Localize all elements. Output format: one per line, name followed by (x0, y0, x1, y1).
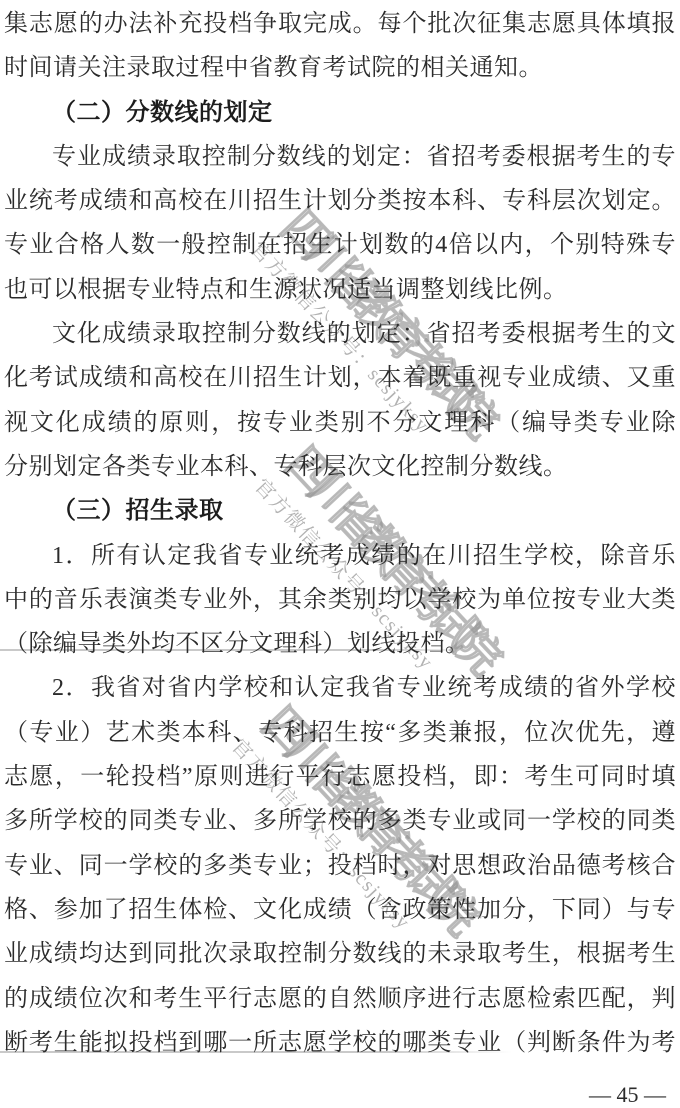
text-line: 业统考成绩和高校在川招生计划分类按本科、专科层次划定。 (4, 179, 676, 223)
text-line: 格、参加了招生体检、文化成绩（含政策性加分，下同）与专 (4, 888, 676, 932)
section-heading: （二）分数线的划定 (4, 91, 676, 135)
document-page: 四川省教育考试院 官方微信公众号：scsjyksy 四川省教育考试院 官方微信公… (0, 0, 680, 1108)
text-line: 化考试成绩和高校在川招生计划，本着既重视专业成绩、又重 (4, 356, 676, 400)
text-line: 也可以根据专业特点和生源状况适当调整划线比例。 (4, 268, 676, 312)
page-number: — 45 — (589, 1082, 666, 1107)
text-line: 业成绩均达到同批次录取控制分数线的未录取考生，根据考生 (4, 932, 676, 976)
text-line: 的成绩位次和考生平行志愿的自然顺序进行志愿检索匹配，判 (4, 977, 676, 1021)
text-line: 1．所有认定我省专业统考成绩的在川招生学校，除音乐类 (4, 534, 676, 578)
text-line: 分别划定各类专业本科、专科层次文化控制分数线。 (4, 445, 676, 489)
text-line: 时间请关注录取过程中省教育考试院的相关通知。 (4, 46, 676, 90)
section-heading: （三）招生录取 (4, 489, 676, 533)
text-line: 集志愿的办法补充投档争取完成。每个批次征集志愿具体填报 (4, 2, 676, 46)
text-line: 断考生能拟投档到哪一所志愿学校的哪类专业（判断条件为考 (4, 1021, 676, 1065)
document-text: 集志愿的办法补充投档争取完成。每个批次征集志愿具体填报 时间请关注录取过程中省教… (4, 2, 676, 1065)
text-line: 专业成绩录取控制分数线的划定：省招考委根据考生的专 (4, 135, 676, 179)
text-line: （专业）艺术类本科、专科招生按“多类兼报，位次优先，遵循 (4, 711, 676, 755)
text-line: 2．我省对省内学校和认定我省专业统考成绩的省外学校 (4, 666, 676, 710)
text-line: 视文化成绩的原则，按专业类别不分文理科（编导类专业除外） (4, 401, 676, 445)
text-line: 多所学校的同类专业、多所学校的多类专业或同一学校的同类 (4, 799, 676, 843)
text-line: 中的音乐表演类专业外，其余类别均以学校为单位按专业大类 (4, 578, 676, 622)
text-line: （除编导类外均不区分文理科）划线投档。 (4, 622, 676, 666)
text-line: 专业、同一学校的多类专业；投档时，对思想政治品德考核合 (4, 844, 676, 888)
text-line: 志愿，一轮投档”原则进行平行志愿投档，即：考生可同时填报 (4, 755, 676, 799)
text-line: 专业合格人数一般控制在招生计划数的4倍以内，个别特殊专业 (4, 223, 676, 267)
text-line: 文化成绩录取控制分数线的划定：省招考委根据考生的文 (4, 312, 676, 356)
page-footer: — 45 — (589, 1082, 666, 1108)
